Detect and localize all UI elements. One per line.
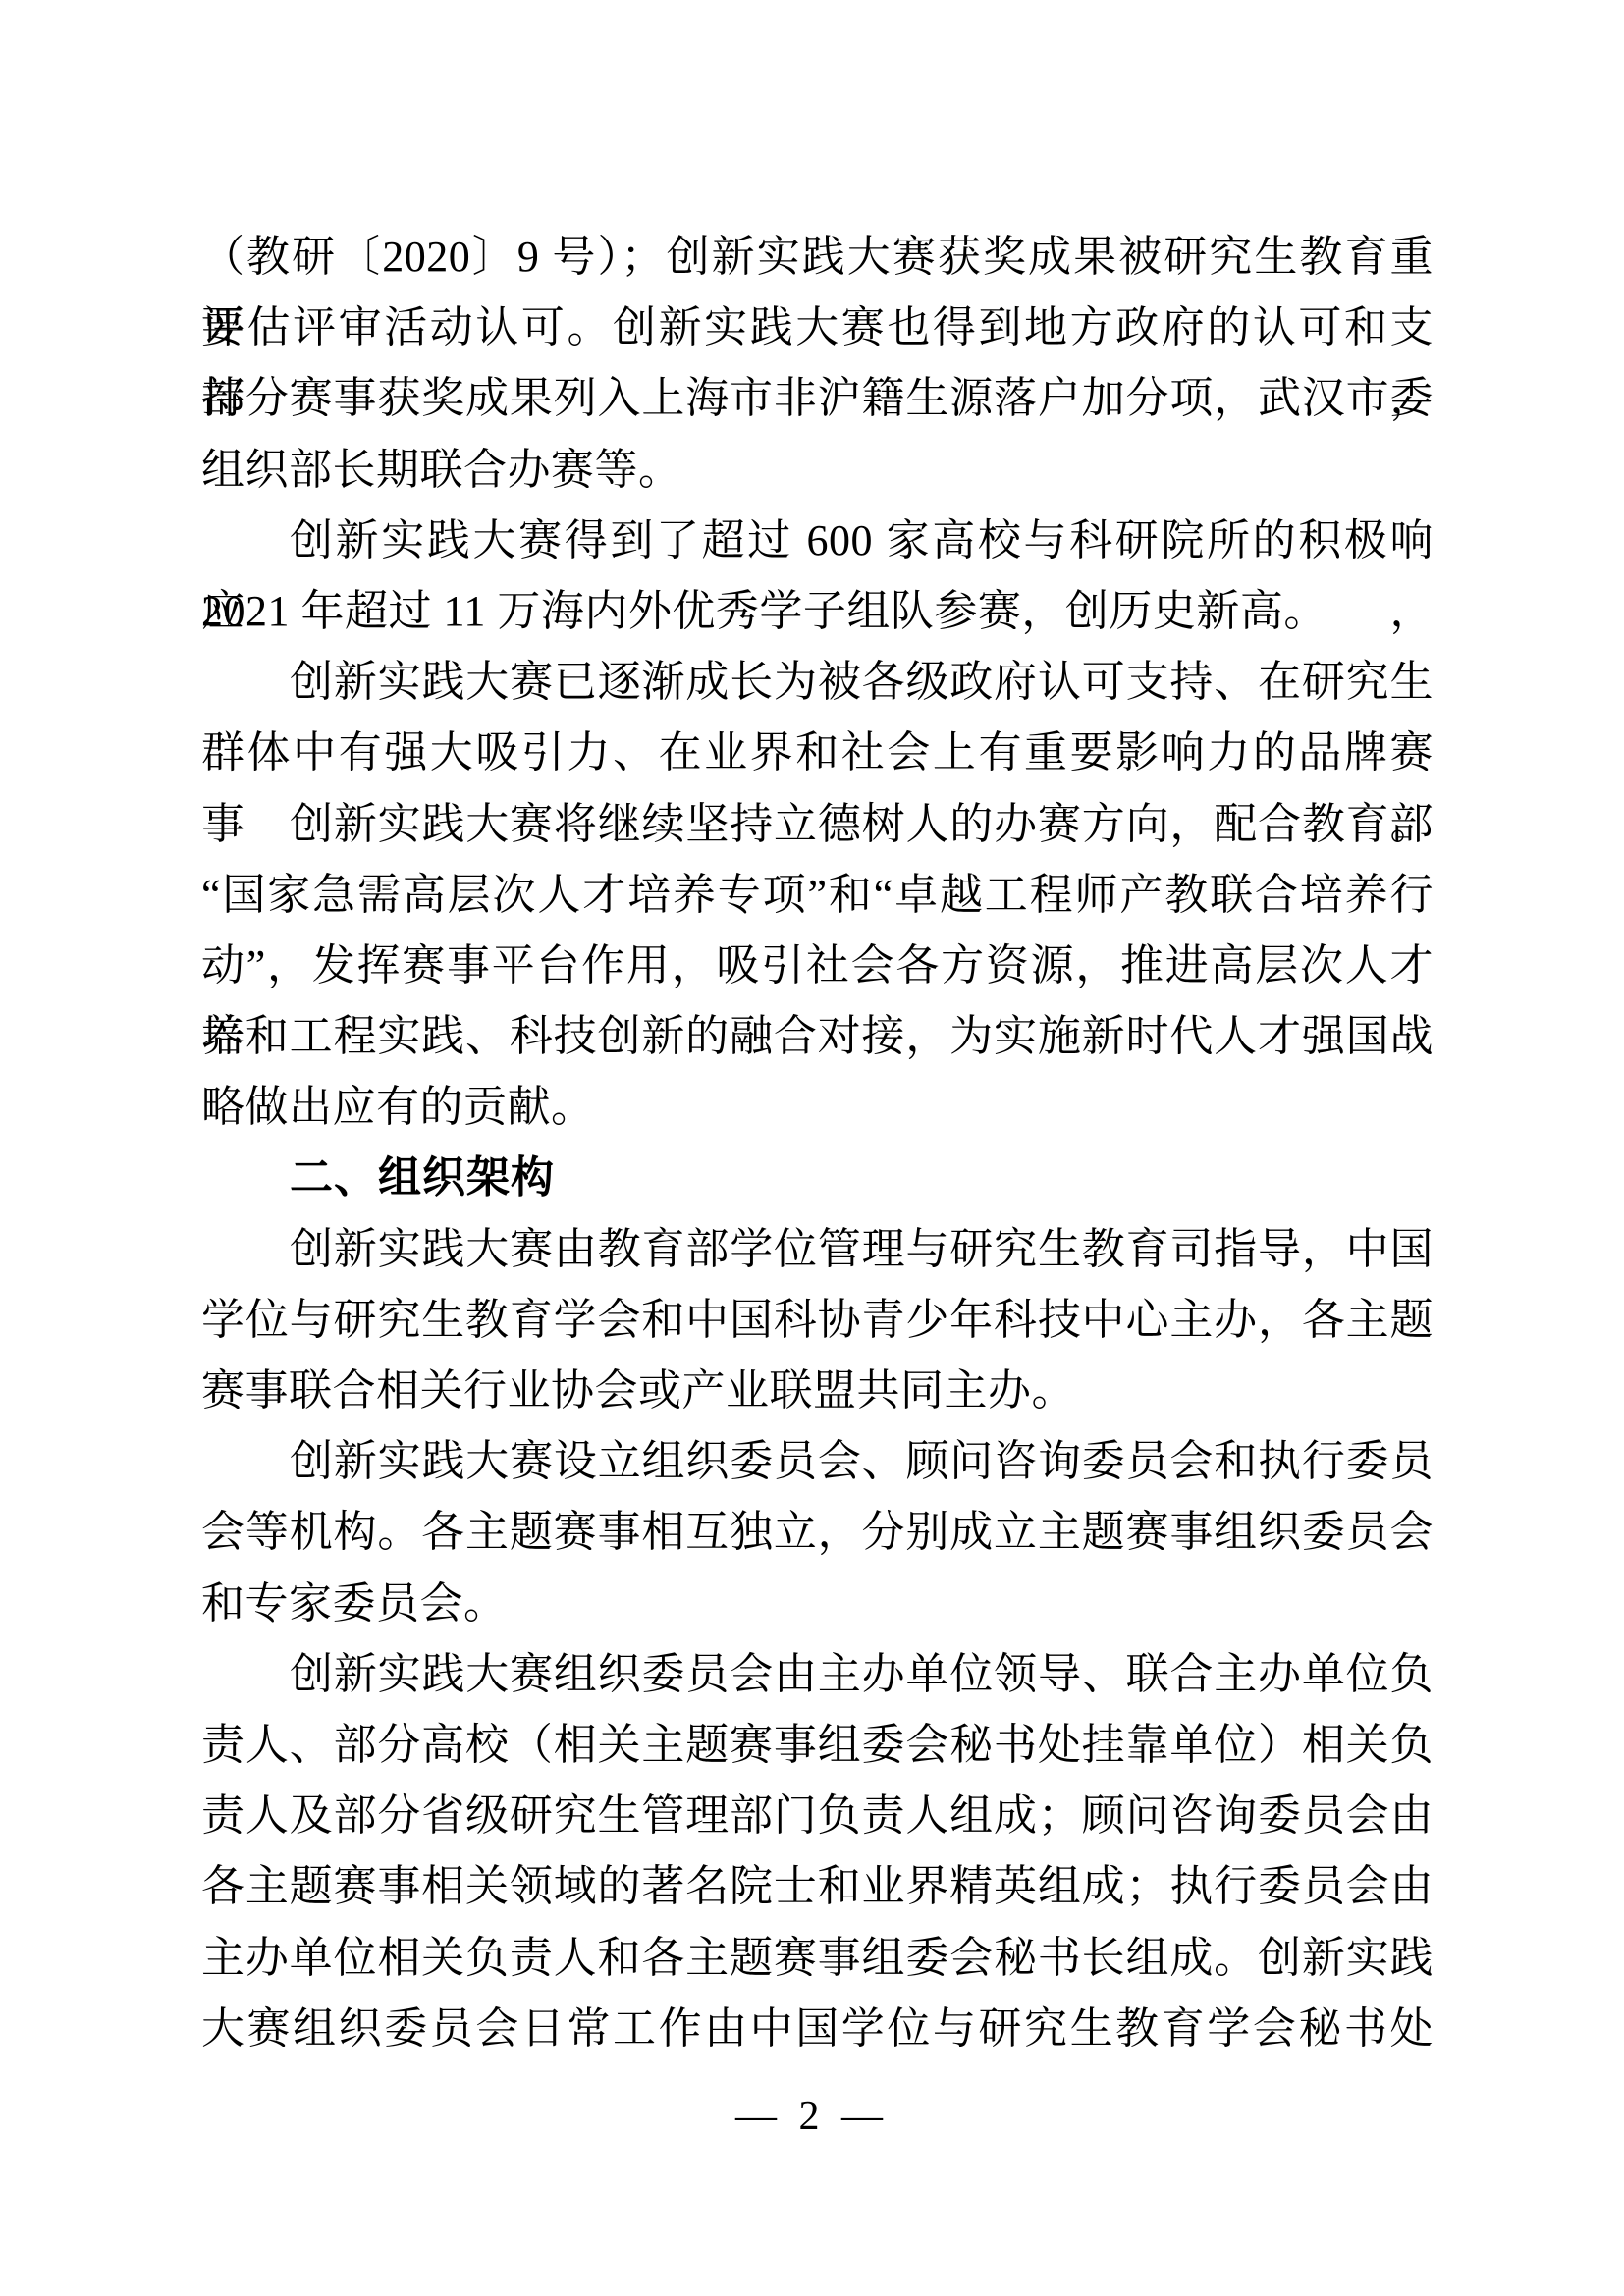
body-text-line: 赛事联合相关行业协会或产业联盟共同主办。 (201, 1356, 1434, 1426)
section-heading: 二、组织架构 (201, 1143, 1434, 1213)
body-text-line: 动”，发挥赛事平台作用，吸引社会各方资源，推进高层次人才培 (201, 931, 1434, 1001)
body-text-line: 学位与研究生教育学会和中国科协青少年科技中心主办，各主题 (201, 1285, 1434, 1356)
body-text-line: 养和工程实践、科技创新的融合对接，为实施新时代人才强国战 (201, 1001, 1434, 1072)
body-text-line: 和专家委员会。 (201, 1569, 1434, 1639)
body-text-line: 群体中有强大吸引力、在业界和社会上有重要影响力的品牌赛事。 (201, 718, 1434, 788)
body-text-line: 创新实践大赛将继续坚持立德树人的办赛方向，配合教育部 (201, 789, 1434, 860)
body-text-line: 责人及部分省级研究生管理部门负责人组成；顾问咨询委员会由 (201, 1781, 1434, 1851)
body-text-line: 部分赛事获奖成果列入上海市非沪籍生源落户加分项，武汉市委 (201, 363, 1434, 434)
body-text-line: 略做出应有的贡献。 (201, 1072, 1434, 1143)
body-text-line: 创新实践大赛设立组织委员会、顾问咨询委员会和执行委员 (201, 1426, 1434, 1497)
body-text-line: （教研〔2020〕9 号）；创新实践大赛获奖成果被研究生教育重要 (201, 222, 1434, 293)
body-text-line: “国家急需高层次人才培养专项”和“卓越工程师产教联合培养行 (201, 860, 1434, 931)
body-text-line: 主办单位相关负责人和各主题赛事组委会秘书长组成。创新实践 (201, 1923, 1434, 1994)
body-text-line: 各主题赛事相关领域的著名院士和业界精英组成；执行委员会由 (201, 1851, 1434, 1922)
body-text-line: 责人、部分高校（相关主题赛事组委会秘书处挂靠单位）相关负 (201, 1710, 1434, 1781)
body-text-line: 创新实践大赛组织委员会由主办单位领导、联合主办单位负 (201, 1639, 1434, 1710)
page-number: — 2 — (0, 2087, 1624, 2146)
document-body: （教研〔2020〕9 号）；创新实践大赛获奖成果被研究生教育重要评估评审活动认可… (201, 222, 1434, 2064)
body-text-line: 会等机构。各主题赛事相互独立，分别成立主题赛事组织委员会 (201, 1497, 1434, 1568)
document-page: （教研〔2020〕9 号）；创新实践大赛获奖成果被研究生教育重要评估评审活动认可… (0, 0, 1624, 2296)
body-text-line: 2021 年超过 11 万海内外优秀学子组队参赛，创历史新高。 (201, 576, 1434, 647)
body-text-line: 大赛组织委员会日常工作由中国学位与研究生教育学会秘书处 (201, 1994, 1434, 2064)
body-text-line: 创新实践大赛得到了超过 600 家高校与科研院所的积极响应， (201, 506, 1434, 576)
body-text-line: 创新实践大赛已逐渐成长为被各级政府认可支持、在研究生 (201, 647, 1434, 718)
body-text-line: 评估评审活动认可。创新实践大赛也得到地方政府的认可和支持， (201, 293, 1434, 363)
body-text-line: 创新实践大赛由教育部学位管理与研究生教育司指导，中国 (201, 1214, 1434, 1285)
body-text-line: 组织部长期联合办赛等。 (201, 435, 1434, 506)
